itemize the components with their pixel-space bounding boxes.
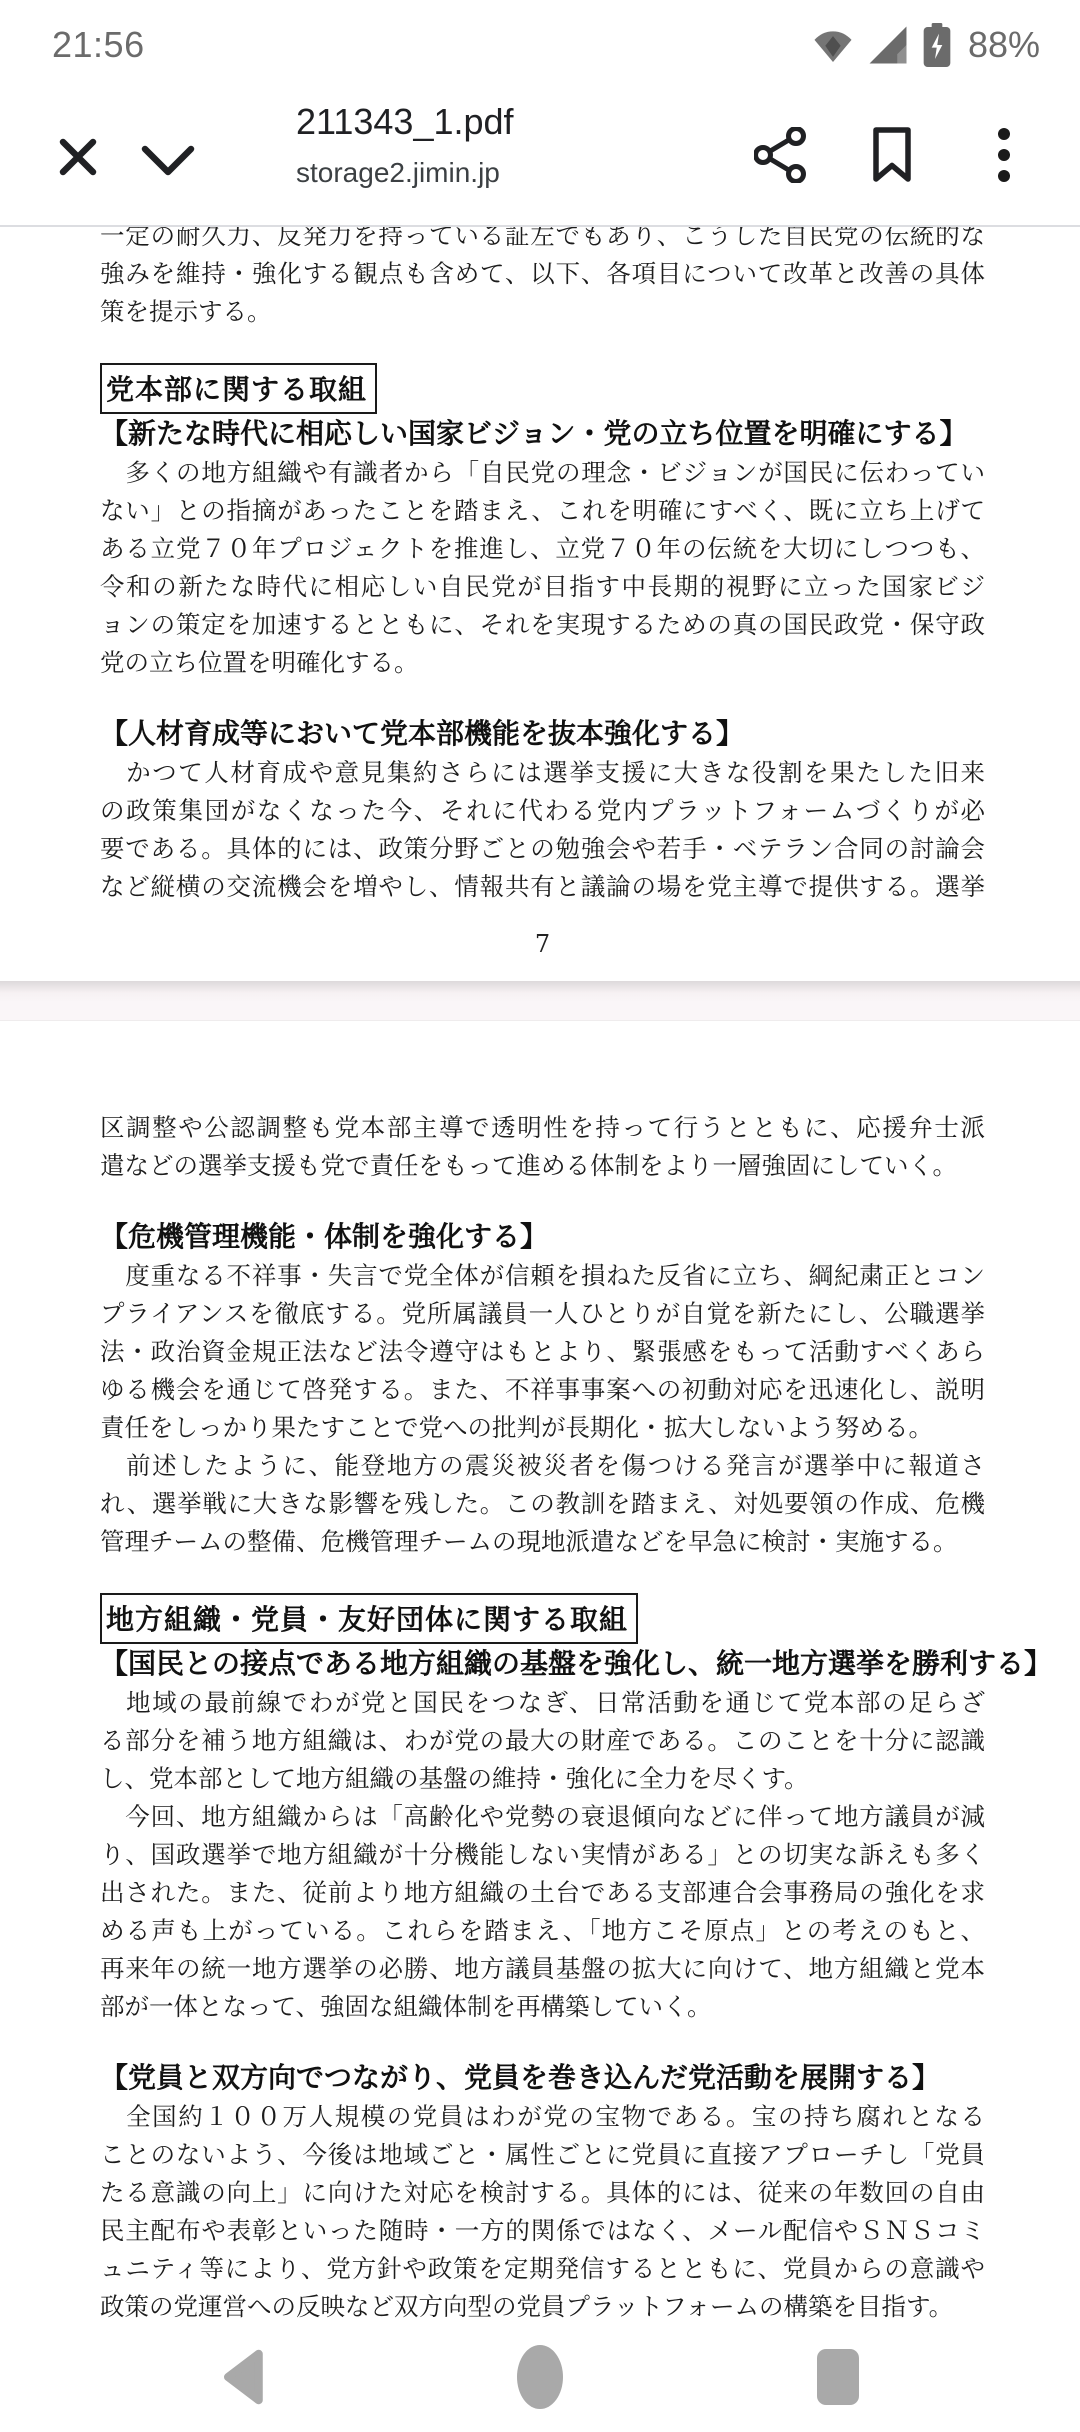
document-line: る部分を補う地方組織は、わが党の最大の財産である。このことを十分に認識 (100, 1722, 985, 1760)
document-line: 度重なる不祥事・失言で党全体が信頼を損ねた反省に立ち、綱紀粛正とコン (100, 1257, 985, 1295)
document-line: たる意識の向上」に向けた対応を検討する。具体的には、従来の年数回の自由 (100, 2174, 985, 2212)
page-break-gap (0, 981, 1080, 1021)
collapse-button[interactable] (140, 134, 196, 190)
document-line: 責任をしっかり果たすことで党への批判が長期化・拡大しないよう努める。 (100, 1409, 985, 1447)
share-button[interactable] (752, 128, 808, 184)
status-bar: 21:56 88% (0, 0, 1080, 90)
paragraph: 度重なる不祥事・失言で党全体が信頼を損ねた反省に立ち、綱紀粛正とコンプライアンス… (100, 1257, 985, 1447)
paragraph: 区調整や公認調整も党本部主導で透明性を持って行うとともに、応援弁士派遣などの選挙… (100, 1109, 985, 1185)
paragraph: 多くの地方組織や有識者から「自民党の理念・ビジョンが国民に伝わっていない」との指… (100, 454, 985, 682)
section-heading-row: 地方組織・党員・友好団体に関する取組 (100, 1593, 985, 1640)
pdf-page-8: 区調整や公認調整も党本部主導で透明性を持って行うとともに、応援弁士派遣などの選挙… (0, 1021, 1080, 2337)
document-line: 政策の党運営への反映など双方向型の党員プラットフォームの構築を目指す。 (100, 2288, 985, 2326)
document-line: 出された。また、従前より地方組織の土台である支部連合会事務局の強化を求 (100, 1874, 985, 1912)
document-line: り、国政選挙で地方組織が十分機能しない実情がある」との切実な訴えも多く (100, 1836, 985, 1874)
boxed-section-heading: 党本部に関する取組 (100, 363, 377, 414)
android-nav-bar (0, 2325, 1080, 2432)
bracket-subheading: 【国民との接点である地方組織の基盤を強化し、統一地方選挙を勝利する】 (100, 1644, 985, 1684)
document-line: の政策集団がなくなった今、それに代わる党内プラットフォームづくりが必 (100, 792, 985, 830)
pdf-viewer-toolbar: 211343_1.pdf storage2.jimin.jp (0, 90, 1080, 227)
document-line: ない」との指摘があったことを踏まえ、これを明確にすべく、既に立ち上げて (100, 492, 985, 530)
document-line: し、党本部として地方組織の基盤の維持・強化に全力を尽くす。 (100, 1760, 985, 1798)
boxed-section-heading: 地方組織・党員・友好団体に関する取組 (100, 1593, 638, 1644)
cell-signal-icon (868, 25, 908, 65)
bookmark-icon (870, 127, 914, 186)
document-line: 法・政治資金規正法など法令遵守はもとより、緊張感をもって活動すべくあら (100, 1333, 985, 1371)
page-number: 7 (100, 930, 985, 958)
paragraph: 今回、地方組織からは「高齢化や党勢の衰退傾向などに伴って地方議員が減り、国政選挙… (100, 1798, 985, 2026)
document-line: 今回、地方組織からは「高齢化や党勢の衰退傾向などに伴って地方議員が減 (100, 1798, 985, 1836)
document-line: 強みを維持・強化する観点も含めて、以下、各項目について改革と改善の具体 (100, 255, 985, 293)
document-line: 一定の耐久力、反発力を持っている証左でもあり、こうした自民党の伝統的な (100, 227, 985, 255)
page-7-content: 一定の耐久力、反発力を持っている証左でもあり、こうした自民党の伝統的な強みを維持… (100, 227, 985, 906)
paragraph: かつて人材育成や意見集約さらには選挙支援に大きな役割を果たした旧来の政策集団がな… (100, 754, 985, 906)
pdf-scroll-area[interactable]: 一定の耐久力、反発力を持っている証左でもあり、こうした自民党の伝統的な強みを維持… (0, 227, 1080, 2432)
document-line: 令和の新たな時代に相応しい自民党が目指す中長期的視野に立った国家ビジ (100, 568, 985, 606)
wifi-vpn-icon (812, 25, 854, 65)
document-line: ゆる機会を通じて啓発する。また、不祥事事案への初動対応を迅速化し、説明 (100, 1371, 985, 1409)
document-line: 遣などの選挙支援も党で責任をもって進める体制をより一層強固にしていく。 (100, 1147, 985, 1185)
document-line: 再来年の統一地方選挙の必勝、地方議員基盤の拡大に向けて、地方組織と党本 (100, 1950, 985, 1988)
bracket-subheading: 【党員と双方向でつながり、党員を巻き込んだ党活動を展開する】 (100, 2058, 985, 2098)
bracket-subheading: 【新たな時代に相応しい国家ビジョン・党の立ち位置を明確にする】 (100, 414, 985, 454)
document-line: 管理チームの整備、危機管理チームの現地派遣などを早急に検討・実施する。 (100, 1523, 985, 1561)
pdf-page-7: 一定の耐久力、反発力を持っている証左でもあり、こうした自民党の伝統的な強みを維持… (0, 227, 1080, 981)
chevron-down-icon (139, 143, 197, 182)
paragraph: 地域の最前線でわが党と国民をつなぎ、日常活動を通じて党本部の足らざる部分を補う地… (100, 1684, 985, 1798)
document-line: ある立党７０年プロジェクトを推進し、立党７０年の伝統を大切にしつつも、 (100, 530, 985, 568)
document-line: 多くの地方組織や有識者から「自民党の理念・ビジョンが国民に伝わってい (100, 454, 985, 492)
bracket-subheading: 【危機管理機能・体制を強化する】 (100, 1217, 985, 1257)
paragraph: 全国約１００万人規模の党員はわが党の宝物である。宝の持ち腐れとなることのないよう… (100, 2098, 985, 2337)
document-line: 地域の最前線でわが党と国民をつなぎ、日常活動を通じて党本部の足らざ (100, 1684, 985, 1722)
home-icon (516, 2344, 564, 2413)
document-line: プライアンスを徹底する。党所属議員一人ひとりが自覚を新たにし、公職選挙 (100, 1295, 985, 1333)
document-line: かつて人材育成や意見集約さらには選挙支援に大きな役割を果たした旧来 (100, 754, 985, 792)
overflow-menu-icon (997, 126, 1011, 187)
recents-icon (817, 2348, 859, 2409)
document-line: 部が一体となって、強固な組織体制を再構築していく。 (100, 1988, 985, 2026)
overflow-menu-button[interactable] (976, 128, 1032, 184)
document-line: れ、選挙戦に大きな影響を残した。この教訓を踏まえ、対処要領の作成、危機 (100, 1485, 985, 1523)
document-line: 区調整や公認調整も党本部主導で透明性を持って行うとともに、応援弁士派 (100, 1109, 985, 1147)
paragraph: 前述したように、能登地方の震災被災者を傷つける発言が選挙中に報道され、選挙戦に大… (100, 1447, 985, 1561)
document-line: 全国約１００万人規模の党員はわが党の宝物である。宝の持ち腐れとなる (100, 2098, 985, 2136)
document-title-block: 211343_1.pdf storage2.jimin.jp (296, 98, 716, 194)
document-line: 要である。具体的には、政策分野ごとの勉強会や若手・ベテラン合同の討論会 (100, 830, 985, 868)
bracket-subheading: 【人材育成等において党本部機能を抜本強化する】 (100, 714, 985, 754)
section-heading-row: 党本部に関する取組 (100, 363, 985, 410)
document-title: 211343_1.pdf (296, 98, 716, 146)
battery-charging-icon (922, 23, 952, 67)
document-line: 党の立ち位置を明確化する。 (100, 644, 985, 682)
document-line: など縦横の交流機会を増やし、情報共有と議論の場を党主導で提供する。選挙 (100, 868, 985, 906)
back-button[interactable] (217, 2344, 267, 2414)
battery-percent: 88% (968, 24, 1040, 66)
document-line: 策を提示する。 (100, 293, 985, 331)
close-icon (55, 134, 101, 183)
document-line: める声も上がっている。これらを踏まえ、「地方こそ原点」との考えのもと、 (100, 1912, 985, 1950)
document-line: 民主配布や表彰といった随時・一方的関係ではなく、メール配信やＳＮＳコミ (100, 2212, 985, 2250)
back-icon (218, 2344, 266, 2413)
clock: 21:56 (52, 24, 145, 66)
page-8-content: 区調整や公認調整も党本部主導で透明性を持って行うとともに、応援弁士派遣などの選挙… (100, 1109, 985, 2337)
bookmark-button[interactable] (864, 128, 920, 184)
recents-button[interactable] (813, 2344, 863, 2414)
status-icons: 88% (812, 23, 1040, 67)
paragraph: 一定の耐久力、反発力を持っている証左でもあり、こうした自民党の伝統的な強みを維持… (100, 227, 985, 331)
document-line: ことのないよう、今後は地域ごと・属性ごとに党員に直接アプローチし「党員 (100, 2136, 985, 2174)
document-line: ュニティ等により、党方針や政策を定期発信するとともに、党員からの意識や (100, 2250, 985, 2288)
document-line: 前述したように、能登地方の震災被災者を傷つける発言が選挙中に報道さ (100, 1447, 985, 1485)
home-button[interactable] (515, 2344, 565, 2414)
document-source-domain: storage2.jimin.jp (296, 152, 716, 194)
share-icon (754, 127, 806, 186)
close-button[interactable] (50, 130, 106, 186)
document-line: ョンの策定を加速するとともに、それを実現するための真の国民政党・保守政 (100, 606, 985, 644)
